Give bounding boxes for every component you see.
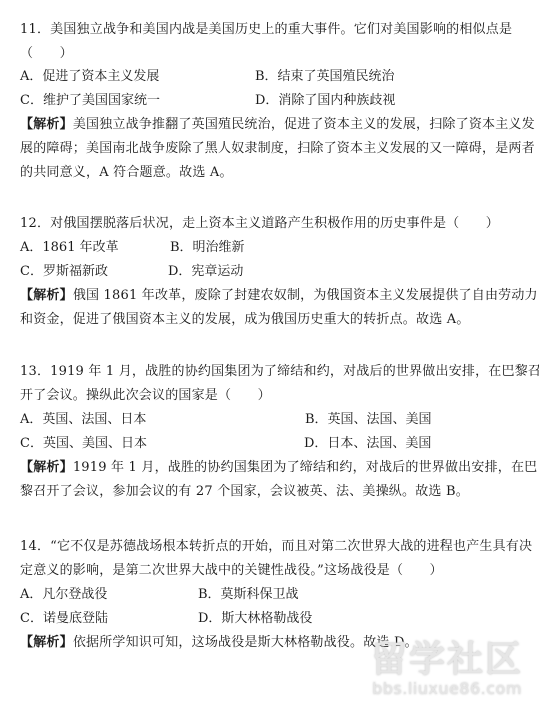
analysis-tag: 【解析】 [20, 460, 73, 475]
q14-option-d: D．斯大林格勒战役 [198, 611, 312, 627]
analysis-text: 美国独立战争推翻了英国殖民统治，促进了资本主义的发展，扫除了资本主义发 [73, 117, 535, 132]
q14-stem-line-1: 14．“它不仅是苏德战场根本转折点的开始，而且对第二次世界大战的进程也产生具有决 [20, 539, 532, 555]
q12-analysis-line-1: 【解析】俄国 1861 年改革，废除了封建农奴制，为俄国资本主义发展提供了自由劳… [20, 288, 538, 304]
analysis-text: 1919 年 1 月，战胜的协约国集团为了缔结和约，对战后的世界做出安排，在巴 [73, 460, 538, 475]
q12-option-d: D．宪章运动 [168, 264, 243, 280]
q12-analysis-line-2: 和资金，促进了俄国资本主义的发展，成为俄国历史重大的转折点。故选 A。 [20, 312, 470, 328]
q14-option-b: B．莫斯科保卫战 [198, 587, 299, 603]
watermark-title: 留学社区 [362, 640, 532, 680]
q11-option-a: A．促进了资本主义发展 [20, 69, 159, 85]
q11-analysis-line-3: 的共同意义，A 符合题意。故选 A。 [20, 165, 233, 181]
q11-option-b: B．结束了英国殖民统治 [255, 69, 395, 85]
analysis-tag: 【解析】 [20, 635, 73, 650]
q11-stem-line-2: （ ） [20, 46, 73, 62]
q11-analysis-line-1: 【解析】美国独立战争推翻了英国殖民统治，促进了资本主义的发展，扫除了资本主义发 [20, 117, 535, 133]
watermark-url: bbs.liuxue86.com [362, 680, 532, 698]
q13-analysis-line-2: 黎召开了会议，参加会议的有 27 个国家，会议被英、法、美操纵。故选 B。 [20, 484, 469, 500]
q11-option-d: D．消除了国内种族歧视 [255, 93, 395, 109]
q12-option-a: A．1861 年改革 [20, 240, 119, 256]
q13-option-a: A．英国、法国、日本 [20, 412, 146, 428]
q14-option-c: C．诺曼底登陆 [20, 611, 108, 627]
q13-option-d: D．日本、法国、美国 [304, 436, 431, 452]
analysis-tag: 【解析】 [20, 288, 73, 303]
q12-option-b: B．明治维新 [170, 240, 245, 256]
document-page: 11．美国独立战争和美国内战是美国历史上的重大事件。它们对美国影响的相似点是 （… [0, 0, 539, 708]
analysis-tag: 【解析】 [20, 117, 73, 132]
q11-stem-line-1: 11．美国独立战争和美国内战是美国历史上的重大事件。它们对美国影响的相似点是 [20, 22, 512, 38]
q14-analysis-line-1: 【解析】依据所学知识可知，这场战役是斯大林格勒战役。故选 D。 [20, 635, 418, 651]
q11-analysis-line-2: 展的障碍；美国南北战争废除了黑人奴隶制度，扫除了资本主义发展的又一障碍，是两者 [20, 141, 535, 157]
q13-stem-line-2: 开了会议。操纵此次会议的国家是（ ） [20, 388, 271, 404]
q13-option-c: C．英国、美国、日本 [20, 436, 147, 452]
q12-option-c: C．罗斯福新政 [20, 264, 108, 280]
q14-stem-line-2: 定意义的影响，是第二次世界大战中的关键性战役。”这场战役是（ ） [20, 563, 443, 579]
watermark: 留学社区 bbs.liuxue86.com [362, 640, 532, 706]
q12-stem-line-1: 12．对俄国摆脱落后状况，走上资本主义道路产生积极作用的历史事件是（ ） [20, 216, 499, 232]
analysis-text: 俄国 1861 年改革，废除了封建农奴制，为俄国资本主义发展提供了自由劳动力 [73, 288, 538, 303]
q11-option-c: C．维护了美国国家统一 [20, 93, 160, 109]
q13-stem-line-1: 13．1919 年 1 月，战胜的协约国集团为了缔结和约，对战后的世界做出安排，… [20, 364, 539, 380]
q13-analysis-line-1: 【解析】1919 年 1 月，战胜的协约国集团为了缔结和约，对战后的世界做出安排… [20, 460, 537, 476]
q14-option-a: A．凡尔登战役 [20, 587, 107, 603]
q13-option-b: B．英国、法国、美国 [305, 412, 432, 428]
